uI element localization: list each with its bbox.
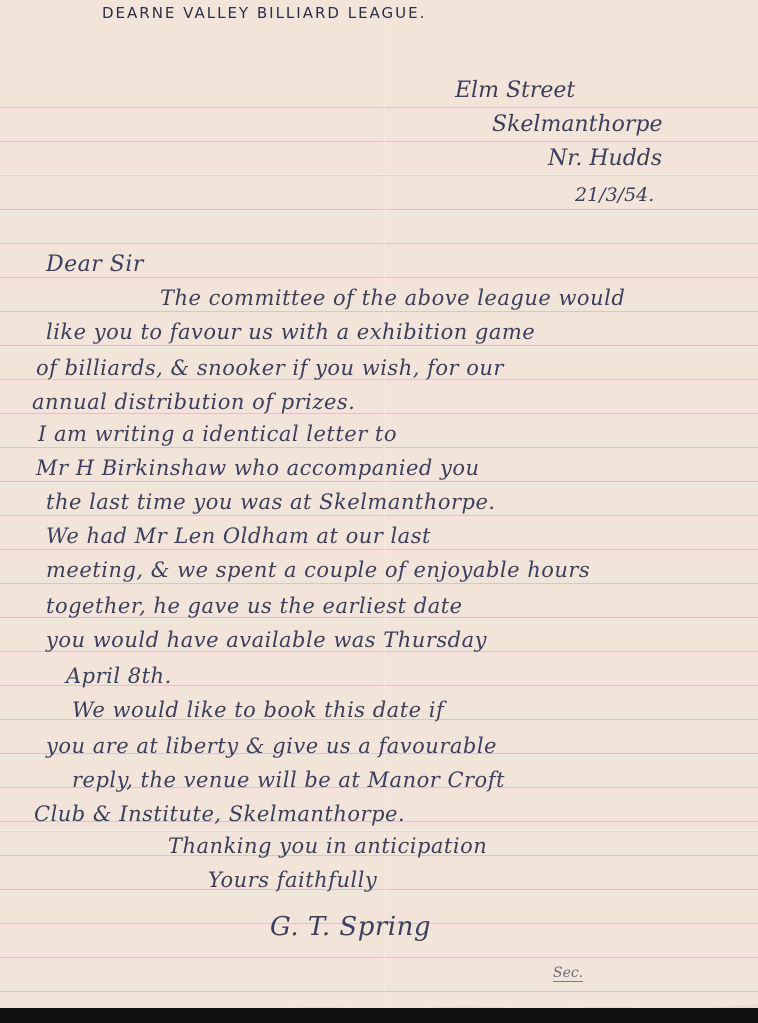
body-line: April 8th.: [66, 664, 172, 688]
body-line: like you to favour us with a exhibition …: [46, 320, 535, 344]
body-line: together, he gave us the earliest date: [46, 594, 463, 618]
signature: G. T. Spring: [270, 912, 431, 942]
letterhead: DEARNE VALLEY BILLIARD LEAGUE.: [102, 4, 426, 22]
scan-background: [0, 1008, 758, 1023]
address-street: Elm Street: [455, 78, 575, 103]
body-line: We had Mr Len Oldham at our last: [46, 524, 431, 548]
body-line: We would like to book this date if: [72, 698, 444, 722]
address-area: Nr. Hudds: [548, 146, 662, 171]
body-line: annual distribution of prizes.: [32, 390, 355, 414]
letter-date: 21/3/54.: [575, 184, 654, 206]
closing-thanks: Thanking you in anticipation: [168, 834, 487, 858]
body-line: meeting, & we spent a couple of enjoyabl…: [46, 558, 590, 582]
body-line: the last time you was at Skelmanthorpe.: [46, 490, 496, 514]
body-line: of billiards, & snooker if you wish, for…: [36, 356, 504, 380]
address-town: Skelmanthorpe: [492, 112, 662, 137]
body-line: reply, the venue will be at Manor Croft: [72, 768, 505, 792]
body-line: I am writing a identical letter to: [38, 422, 397, 446]
horizontal-fold-crease: [0, 830, 758, 832]
closing-yours-faithfully: Yours faithfully: [208, 868, 377, 892]
body-line: you are at liberty & give us a favourabl…: [46, 734, 497, 758]
letter-page: DEARNE VALLEY BILLIARD LEAGUE. Elm Stree…: [0, 0, 758, 1010]
body-line: you would have available was Thursday: [46, 628, 487, 652]
body-line: Club & Institute, Skelmanthorpe.: [34, 802, 405, 826]
body-line: The committee of the above league would: [160, 286, 625, 310]
horizontal-fold-crease: [0, 174, 758, 176]
salutation: Dear Sir: [46, 252, 144, 277]
body-line: Mr H Birkinshaw who accompanied you: [36, 456, 480, 480]
signature-title: Sec.: [553, 965, 583, 982]
